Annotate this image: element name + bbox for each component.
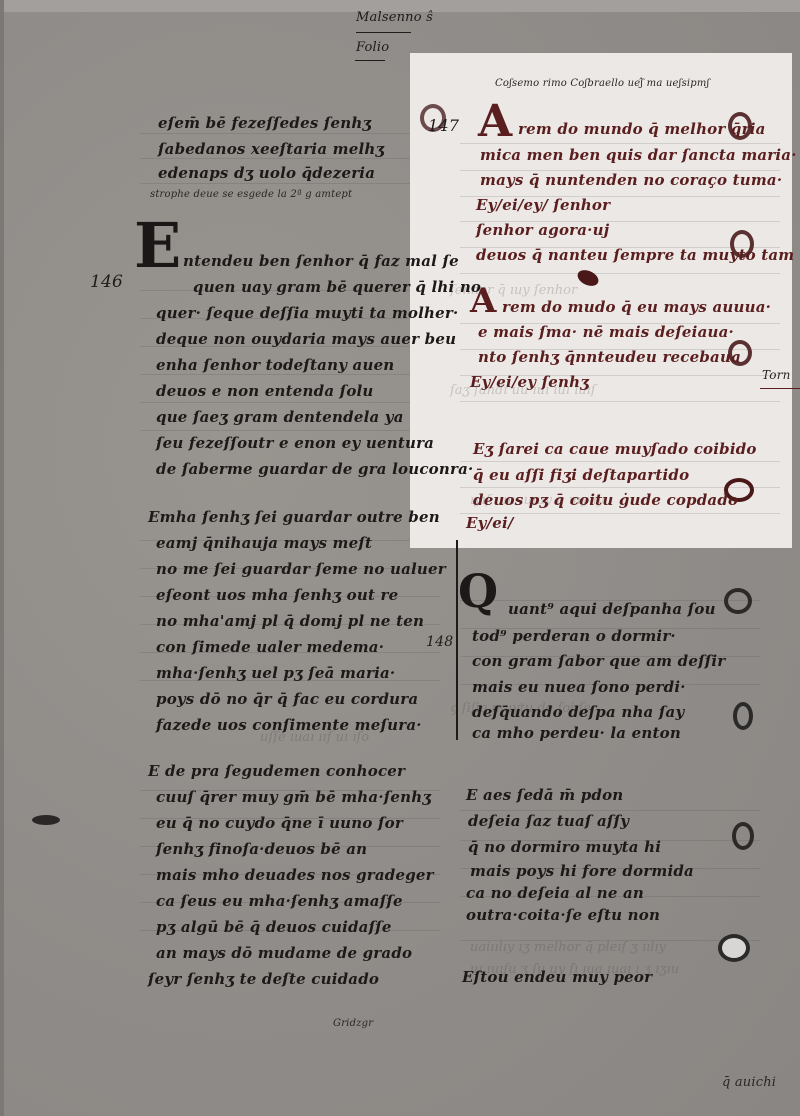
header-underline — [356, 32, 411, 33]
verse-line: mha·ſenhʒ uel pʒ ſeā maria· — [156, 664, 395, 682]
verse-line: E aes ſedā m̄ pdon — [466, 786, 623, 804]
verse-line: ſeu fezeſſoutr e enon ey uentura — [156, 434, 434, 452]
verse-line: Ey/ei/ey ſenhʒ — [470, 373, 589, 391]
verse-line: mais mho deuades nos gradeger — [156, 866, 434, 884]
verse-line: que ſaeʒ gram dentendela ya — [156, 408, 404, 426]
decorated-initial: Q — [458, 568, 498, 614]
verse-line: fazede uos conſimente meſura· — [156, 716, 422, 734]
ruling-line — [460, 461, 780, 462]
page-left-edge — [0, 0, 4, 1116]
verse-line: Eſtou endeu muy peor — [462, 968, 652, 986]
decorated-initial: E — [134, 215, 181, 277]
verse-line: Emha ſenhʒ ſei guardar outre ben — [148, 508, 440, 526]
verse-line: mais poys hi fore dormida — [470, 862, 694, 880]
binding-hole — [718, 934, 750, 962]
verse-line: pʒ algū bē q̄ deuos cuidaſſe — [156, 918, 392, 936]
ruling-line — [140, 158, 440, 159]
verse-line: nto ſenhʒ q̄nnteudeu recebaua — [478, 348, 741, 366]
verse-line: ca no deſeia al ne an — [466, 884, 644, 902]
verse-line: an mays dō mudame de grado — [156, 944, 412, 962]
verse-line: eſem̄ bē fezeſſedes ſenhʒ — [158, 114, 371, 132]
verse-line: tod⁹ perderan o dormir· — [472, 627, 676, 645]
verse-line: mais eu nuea ſono perdi· — [472, 678, 686, 696]
ruling-line — [140, 402, 440, 403]
binding-hole — [724, 588, 752, 614]
annotation-underline — [760, 388, 800, 389]
poem-number: 146 — [90, 272, 123, 292]
verse-line: enha ſenhor todeſtany auen — [156, 356, 394, 374]
verse-line: uant⁹ aqui deſpanha ſou — [508, 600, 716, 618]
verse-line: ſabedanos xeeſtaria melhʒ — [158, 140, 384, 158]
verse-line: q̄ eu aſſi fiʒi deſtapartido — [473, 466, 689, 484]
decorated-initial: A — [478, 100, 512, 144]
verse-line: deque non ouydaria mays auer beu — [156, 330, 456, 348]
verse-line: Ey/ei/ey/ ſenhor — [476, 196, 610, 214]
poem-number: 147 — [428, 116, 459, 135]
verse-line: mica men ben quis dar ſancta maria· — [480, 146, 797, 164]
verse-line: de ſaberme guardar de gra louconra· — [156, 460, 473, 478]
ruling-line — [140, 430, 440, 431]
verse-line: quer· ſeque deſſia muyti ta molher· — [156, 304, 458, 322]
verse-line: deuos q̄ nanteu ſempre ta muyto tam — [476, 246, 794, 264]
verse-line: Ey/ei/ — [466, 514, 514, 532]
highlight-note: Coʃsemo rimo Coʃbraello ueʃ̂ ma ueʃsipmʃ — [495, 78, 710, 89]
verse-line: Eʒ ſarei ca caue muyſado coibido — [473, 440, 757, 458]
verse-line: outra·coita·ſe eſtu non — [466, 906, 660, 924]
decorated-initial: A — [470, 284, 496, 318]
verse-line: q̄ no dormiro muyta hi — [468, 838, 661, 856]
verse-line: ſeyr ſenhʒ te deſte cuidado — [148, 970, 379, 988]
verse-line: ſenhʒ finoſa·deuos bē an — [156, 840, 367, 858]
verse-line: poys dō no q̄r q̄ fac eu cordura — [156, 690, 418, 708]
manuscript-page: ꝯ ſiſia muytu de ſoi ſer uaiıılıy ıʒ mel… — [0, 0, 800, 1116]
verse-line: E de pra ſegudemen conhocer — [148, 762, 405, 780]
margin-annotation: Torn — [762, 368, 791, 382]
verse-line: no me ſei guardar ſeme no ualuer — [156, 560, 446, 578]
ruling-line — [460, 401, 780, 402]
binding-hole — [732, 822, 754, 850]
header-label: Malsenno ŝ — [356, 10, 433, 25]
verse-line: edenaps dʒ uolo q̄dezeria — [158, 164, 375, 182]
verse-line: deſq̄uando deſpa nha ſay — [472, 703, 684, 721]
verse-line: e mais ſma· nē mais deſeiaua· — [478, 323, 734, 341]
ruling-line — [460, 810, 760, 811]
verse-line: con gram ſabor que am deſſir — [472, 652, 725, 670]
ruling-line — [460, 273, 780, 274]
verse-line: deuos pʒ q̄ coitu ġude copdado — [473, 491, 738, 509]
ruling-line — [140, 133, 440, 134]
verse-line: eamj q̄nihauja mays meſt — [156, 534, 372, 552]
verse-line: no mha'amj pl q̄ domj pl ne ten — [156, 612, 424, 630]
verse-line: deſeia ſaz tuaſ aſſy — [468, 812, 629, 830]
verse-line: ſenhor agora·uj — [476, 221, 609, 239]
verse-line: eu q̄ no cuydo q̄ne ī uuno ſor — [156, 814, 403, 832]
binding-hole — [733, 702, 753, 730]
show-through-text: uaiıılıy ıʒ melhor q̄ pleıſ ʒ ıılıy — [470, 940, 666, 955]
bottom-note: Gridzgr — [333, 1018, 373, 1029]
verse-line: eſeont uos mha ſenhʒ out re — [156, 586, 398, 604]
verse-line: deuos e non entenda ſolu — [156, 382, 374, 400]
verse-line: rem do mudo q̄ eu mays auuua· — [502, 298, 771, 316]
catchword: q̄ auichi — [722, 1075, 776, 1090]
verse-line: rem do mundo q̄ melhor q̄ria — [518, 120, 766, 138]
verse-line: ca mho perdeu· la enton — [472, 724, 681, 742]
folio-label: Folio — [356, 40, 389, 55]
ruling-line — [140, 374, 440, 375]
poem-number: 148 — [426, 634, 453, 650]
ruling-line — [140, 183, 440, 184]
verse-line: ntendeu ben ſenhor q̄ faz mal ſe — [183, 252, 459, 270]
ink-stain — [32, 815, 60, 825]
verse-line: ca ſeus eu mha·ſenhʒ amaſſe — [156, 892, 403, 910]
verse-line: con ſimede ualer medema· — [156, 638, 384, 656]
marginal-note: strophe deue se esgede la 2ª g amtept — [150, 189, 352, 200]
folio-underline — [355, 60, 385, 61]
verse-line: cuuſ q̄rer muy gm̄ bē mha·ſenhʒ — [156, 788, 431, 806]
verse-line: quen uay gram bē querer q̄ lhi no — [193, 278, 481, 296]
verse-line: mays q̄ nuntenden no coraço tuma· — [480, 171, 782, 189]
